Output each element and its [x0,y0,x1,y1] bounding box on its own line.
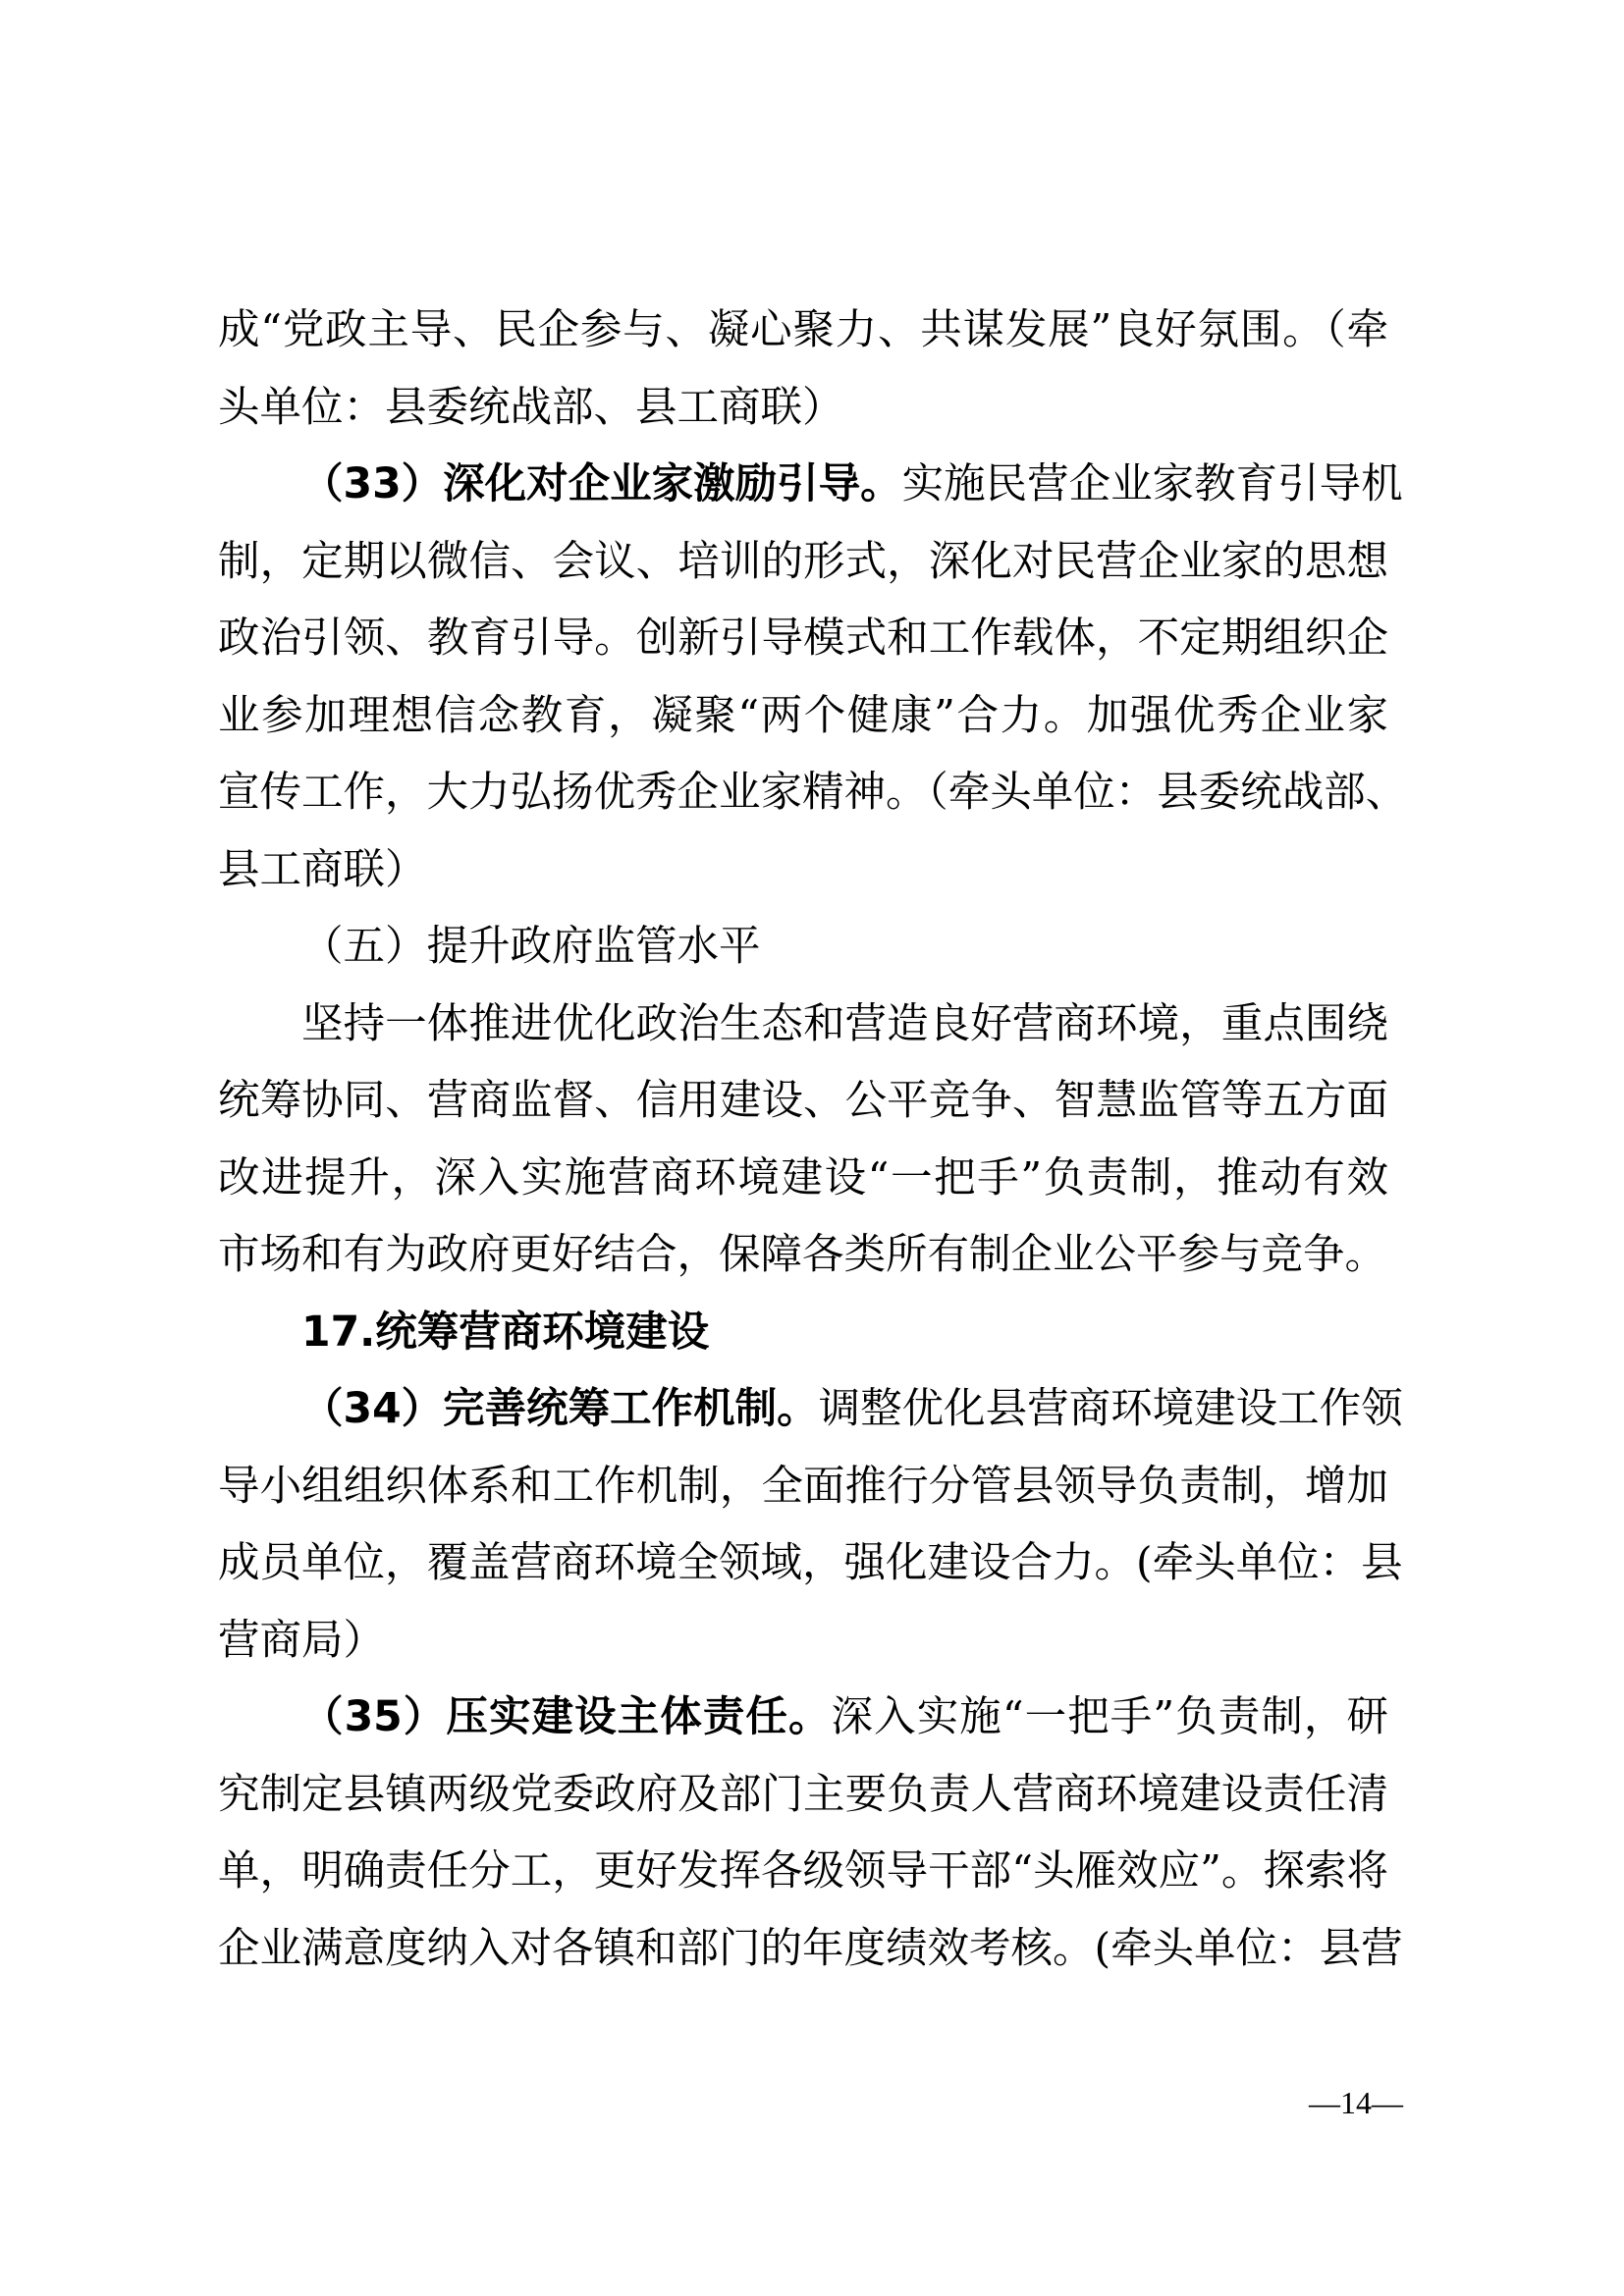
paragraph-35-number: （35） [301,1693,446,1741]
text-line: 制，定期以微信、会议、培训的形式，深化对民营企业家的思想 [218,524,1388,602]
text-line: 究制定县镇两级党委政府及部门主要负责人营商环境建设责任清 [218,1757,1388,1835]
paragraph-33-first-line: （33）深化对企业家激励引导。实施民营企业家教育引导机 [218,447,1388,524]
text-line: 成“党政主导、民企参与、凝心聚力、共谋发展”良好氛围。（牵 [218,293,1388,370]
paragraph-35-text: 深入实施“一把手”负责制，研 [832,1693,1388,1741]
text-line: 单，明确责任分工，更好发挥各级领导干部“头雁效应”。探索将 [218,1834,1388,1911]
paragraph-34-text: 调整优化县营商环境建设工作领 [819,1385,1403,1433]
section-heading-5: （五）提升政府监管水平 [218,909,1388,987]
paragraph-35-title: 压实建设主体责任。 [446,1693,831,1741]
text-line: 企业满意度纳入对各镇和部门的年度绩效考核。(牵头单位：县营 [218,1911,1388,1989]
text-line: 宣传工作，大力弘扬优秀企业家精神。（牵头单位：县委统战部、 [218,755,1388,832]
paragraph-34-number: （34） [301,1385,443,1433]
document-page-body: 成“党政主导、民企参与、凝心聚力、共谋发展”良好氛围。（牵 头单位：县委统战部、… [218,293,1388,1988]
text-line: 改进提升，深入实施营商环境建设“一把手”负责制，推动有效 [218,1141,1388,1218]
text-line: 县工商联） [218,832,1388,910]
paragraph-33-number: （33） [301,460,443,508]
paragraph-33-title: 深化对企业家激励引导。 [443,460,902,508]
page-number: —14— [1309,2079,1403,2126]
text-line: 导小组组织体系和工作机制，全面推行分管县领导负责制，增加 [218,1449,1388,1526]
text-line: 市场和有为政府更好结合，保障各类所有制企业公平参与竞争。 [218,1217,1388,1295]
text-line: 政治引领、教育引导。创新引导模式和工作载体，不定期组织企 [218,601,1388,678]
item-heading-17: 17.统筹营商环境建设 [218,1295,1388,1372]
text-line: 头单位：县委统战部、县工商联） [218,370,1388,448]
paragraph-34-first-line: （34）完善统筹工作机制。调整优化县营商环境建设工作领 [218,1371,1388,1449]
text-line: 营商局） [218,1603,1388,1681]
text-line: 统筹协同、营商监督、信用建设、公平竞争、智慧监管等五方面 [218,1063,1388,1141]
text-line: 成员单位，覆盖营商环境全领域，强化建设合力。(牵头单位：县 [218,1525,1388,1603]
paragraph-34-title: 完善统筹工作机制。 [443,1385,819,1433]
text-line: 坚持一体推进优化政治生态和营造良好营商环境，重点围绕 [218,987,1388,1064]
paragraph-33-text: 实施民营企业家教育引导机 [902,460,1403,508]
paragraph-35-first-line: （35）压实建设主体责任。深入实施“一把手”负责制，研 [218,1680,1388,1757]
text-line: 业参加理想信念教育，凝聚“两个健康”合力。加强优秀企业家 [218,678,1388,756]
